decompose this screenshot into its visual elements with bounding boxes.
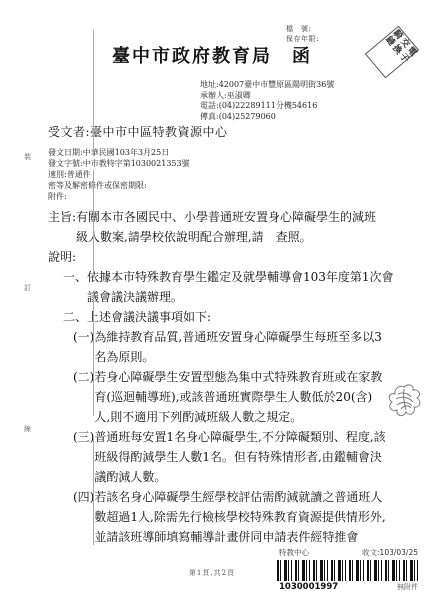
binding-line-segment	[93, 170, 94, 278]
binding-mark-xian: 線	[24, 424, 31, 434]
item-label: 一、	[63, 267, 87, 287]
item-label: (二)	[73, 367, 94, 387]
item-text: 為維持教育品質,普通班安置身心障礙學生每班至多以3名為原則。	[94, 327, 386, 367]
body-item: 主旨: 有關本市各國民中、小學普通班安置身心障礙學生的減班級人數案,請學校依說明…	[48, 207, 400, 247]
receiving-office: 特教中心	[279, 547, 309, 558]
body-item: 說明:	[48, 247, 400, 267]
body-item: (四) 若該名身心障礙學生經學校評估需酌減就讀之普通班人數超過1人,除需先行檢核…	[73, 487, 400, 547]
binding-mark-ding: 訂	[24, 283, 31, 293]
item-text: 若身心障礙學生安置型態為集中式特殊教育班或在家教育(巡迴輔導班),或該普通班實際…	[94, 367, 386, 427]
binding-line-segment	[93, 30, 94, 156]
item-label: 主旨:	[48, 207, 76, 227]
contact-line: 地址:42007臺中市豐原區陽明街36號	[200, 80, 334, 91]
barcode	[277, 560, 418, 581]
body-item: 二、 上述會議決議事項如下:	[63, 307, 400, 327]
meta-line: 密等及解密條件或保密期限:	[48, 180, 190, 191]
received-date: 收文:103/03/25	[362, 547, 418, 558]
meta-line: 發文日期:中華民國103年3月25日	[48, 147, 190, 158]
contact-line: 傳真:(04)25279060	[200, 112, 334, 123]
item-label: (一)	[73, 327, 94, 347]
sender-contact-block: 地址:42007臺中市豐原區陽明街36號 承辦人:巫淑卿 電話:(04)2228…	[200, 80, 334, 122]
body-item: (三) 普通班每安置1名身心障礙學生,不分障礙類別、程度,該班級得酌減學生人數1…	[73, 427, 400, 487]
meta-line: 速別:普通件	[48, 169, 190, 180]
item-text: 普通班每安置1名身心障礙學生,不分障礙類別、程度,該班級得酌減學生人數1名。但有…	[94, 427, 386, 487]
official-letter-page: 檔 號: 保存年限: 電子 交換 騎縫 臺中市政府教育局 函 地址:42007臺…	[0, 0, 424, 600]
item-label: (三)	[73, 427, 94, 447]
contact-line: 電話:(04)22289111分機54616	[200, 101, 334, 112]
meta-line: 附件:	[48, 191, 190, 202]
binding-line-segment	[93, 292, 94, 416]
body-item: 一、 依據本市特殊教育學生鑑定及就學輔導會103年度第1次會議會議決議辦理。	[63, 267, 400, 307]
receipt-stamp: 特教中心 收文:103/03/25 1030001997 無附件	[277, 547, 420, 592]
attachment-note: 無附件	[397, 582, 418, 592]
item-text: 依據本市特殊教育學生鑑定及就學輔導會103年度第1次會議會議決議辦理。	[87, 267, 395, 307]
item-label: (四)	[73, 487, 94, 507]
document-title: 臺中市政府教育局 函	[0, 42, 424, 68]
item-text: 上述會議決議事項如下:	[87, 307, 395, 327]
receipt-doc-number: 1030001997	[279, 582, 338, 592]
flower-seal-icon	[384, 381, 424, 429]
item-label: 說明:	[48, 247, 76, 267]
item-text: 有關本市各國民中、小學普通班安置身心障礙學生的減班級人數案,請學校依說明配合辦理…	[76, 207, 378, 247]
item-label: 二、	[63, 307, 87, 327]
letter-body: 主旨: 有關本市各國民中、小學普通班安置身心障礙學生的減班級人數案,請學校依說明…	[48, 207, 400, 547]
recipient-line: 受文者:臺中市中區特教資源中心	[48, 123, 228, 140]
body-item: (一) 為維持教育品質,普通班安置身心障礙學生每班至多以3名為原則。	[73, 327, 400, 367]
item-text: 若該名身心障礙學生經學校評估需酌減就讀之普通班人數超過1人,除需先行檢核學校特殊…	[94, 487, 386, 547]
meta-line: 發文字號:中市教特字第1030021353號	[48, 158, 190, 169]
document-meta-block: 發文日期:中華民國103年3月25日 發文字號:中市教特字第1030021353…	[48, 147, 190, 202]
binding-mark-zhuang: 裝	[24, 152, 31, 162]
body-item: (二) 若身心障礙學生安置型態為集中式特殊教育班或在家教育(巡迴輔導班),或該普…	[73, 367, 400, 427]
file-number-label: 檔 號:	[286, 25, 319, 35]
contact-line: 承辦人:巫淑卿	[200, 91, 334, 102]
binding-line-segment	[93, 438, 94, 545]
